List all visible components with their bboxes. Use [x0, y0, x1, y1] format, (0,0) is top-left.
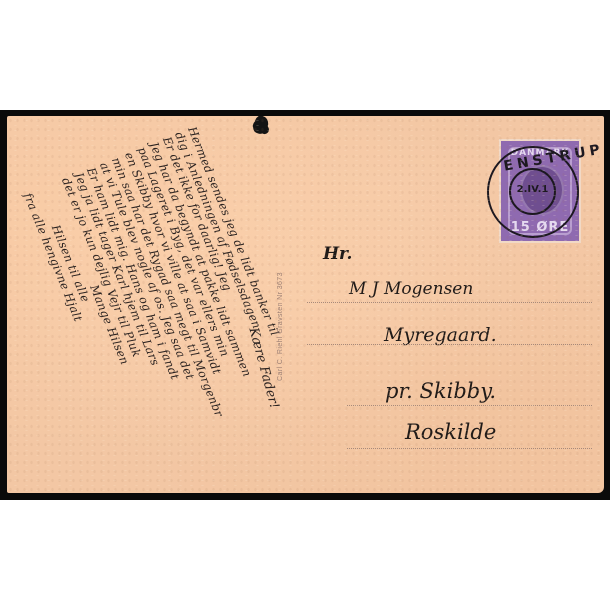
- postmark-inner-ring: 2.IV.1: [509, 168, 556, 215]
- address-title: Hr.: [323, 244, 352, 264]
- address-rule: [307, 302, 592, 303]
- postmark: 2.IV.1 ENSTRUP: [487, 146, 579, 238]
- address-rule: [347, 405, 592, 406]
- address-rule: [347, 448, 592, 449]
- postcard: Hermed sendes jeg de lidt banker til dig…: [7, 116, 604, 493]
- handwritten-message: Hermed sendes jeg de lidt banker til dig…: [7, 125, 339, 493]
- address-farm: Myregaard.: [384, 324, 497, 346]
- address-name: M J Mogensen: [349, 279, 473, 299]
- address-town: Roskilde: [405, 420, 496, 444]
- printer-imprint: Carl C. Riehl Gravsten Nr 3673: [277, 272, 284, 381]
- address-rule: [307, 344, 592, 345]
- address-via: pr. Skibby.: [385, 379, 496, 403]
- postmark-date: 2.IV.1: [511, 184, 554, 195]
